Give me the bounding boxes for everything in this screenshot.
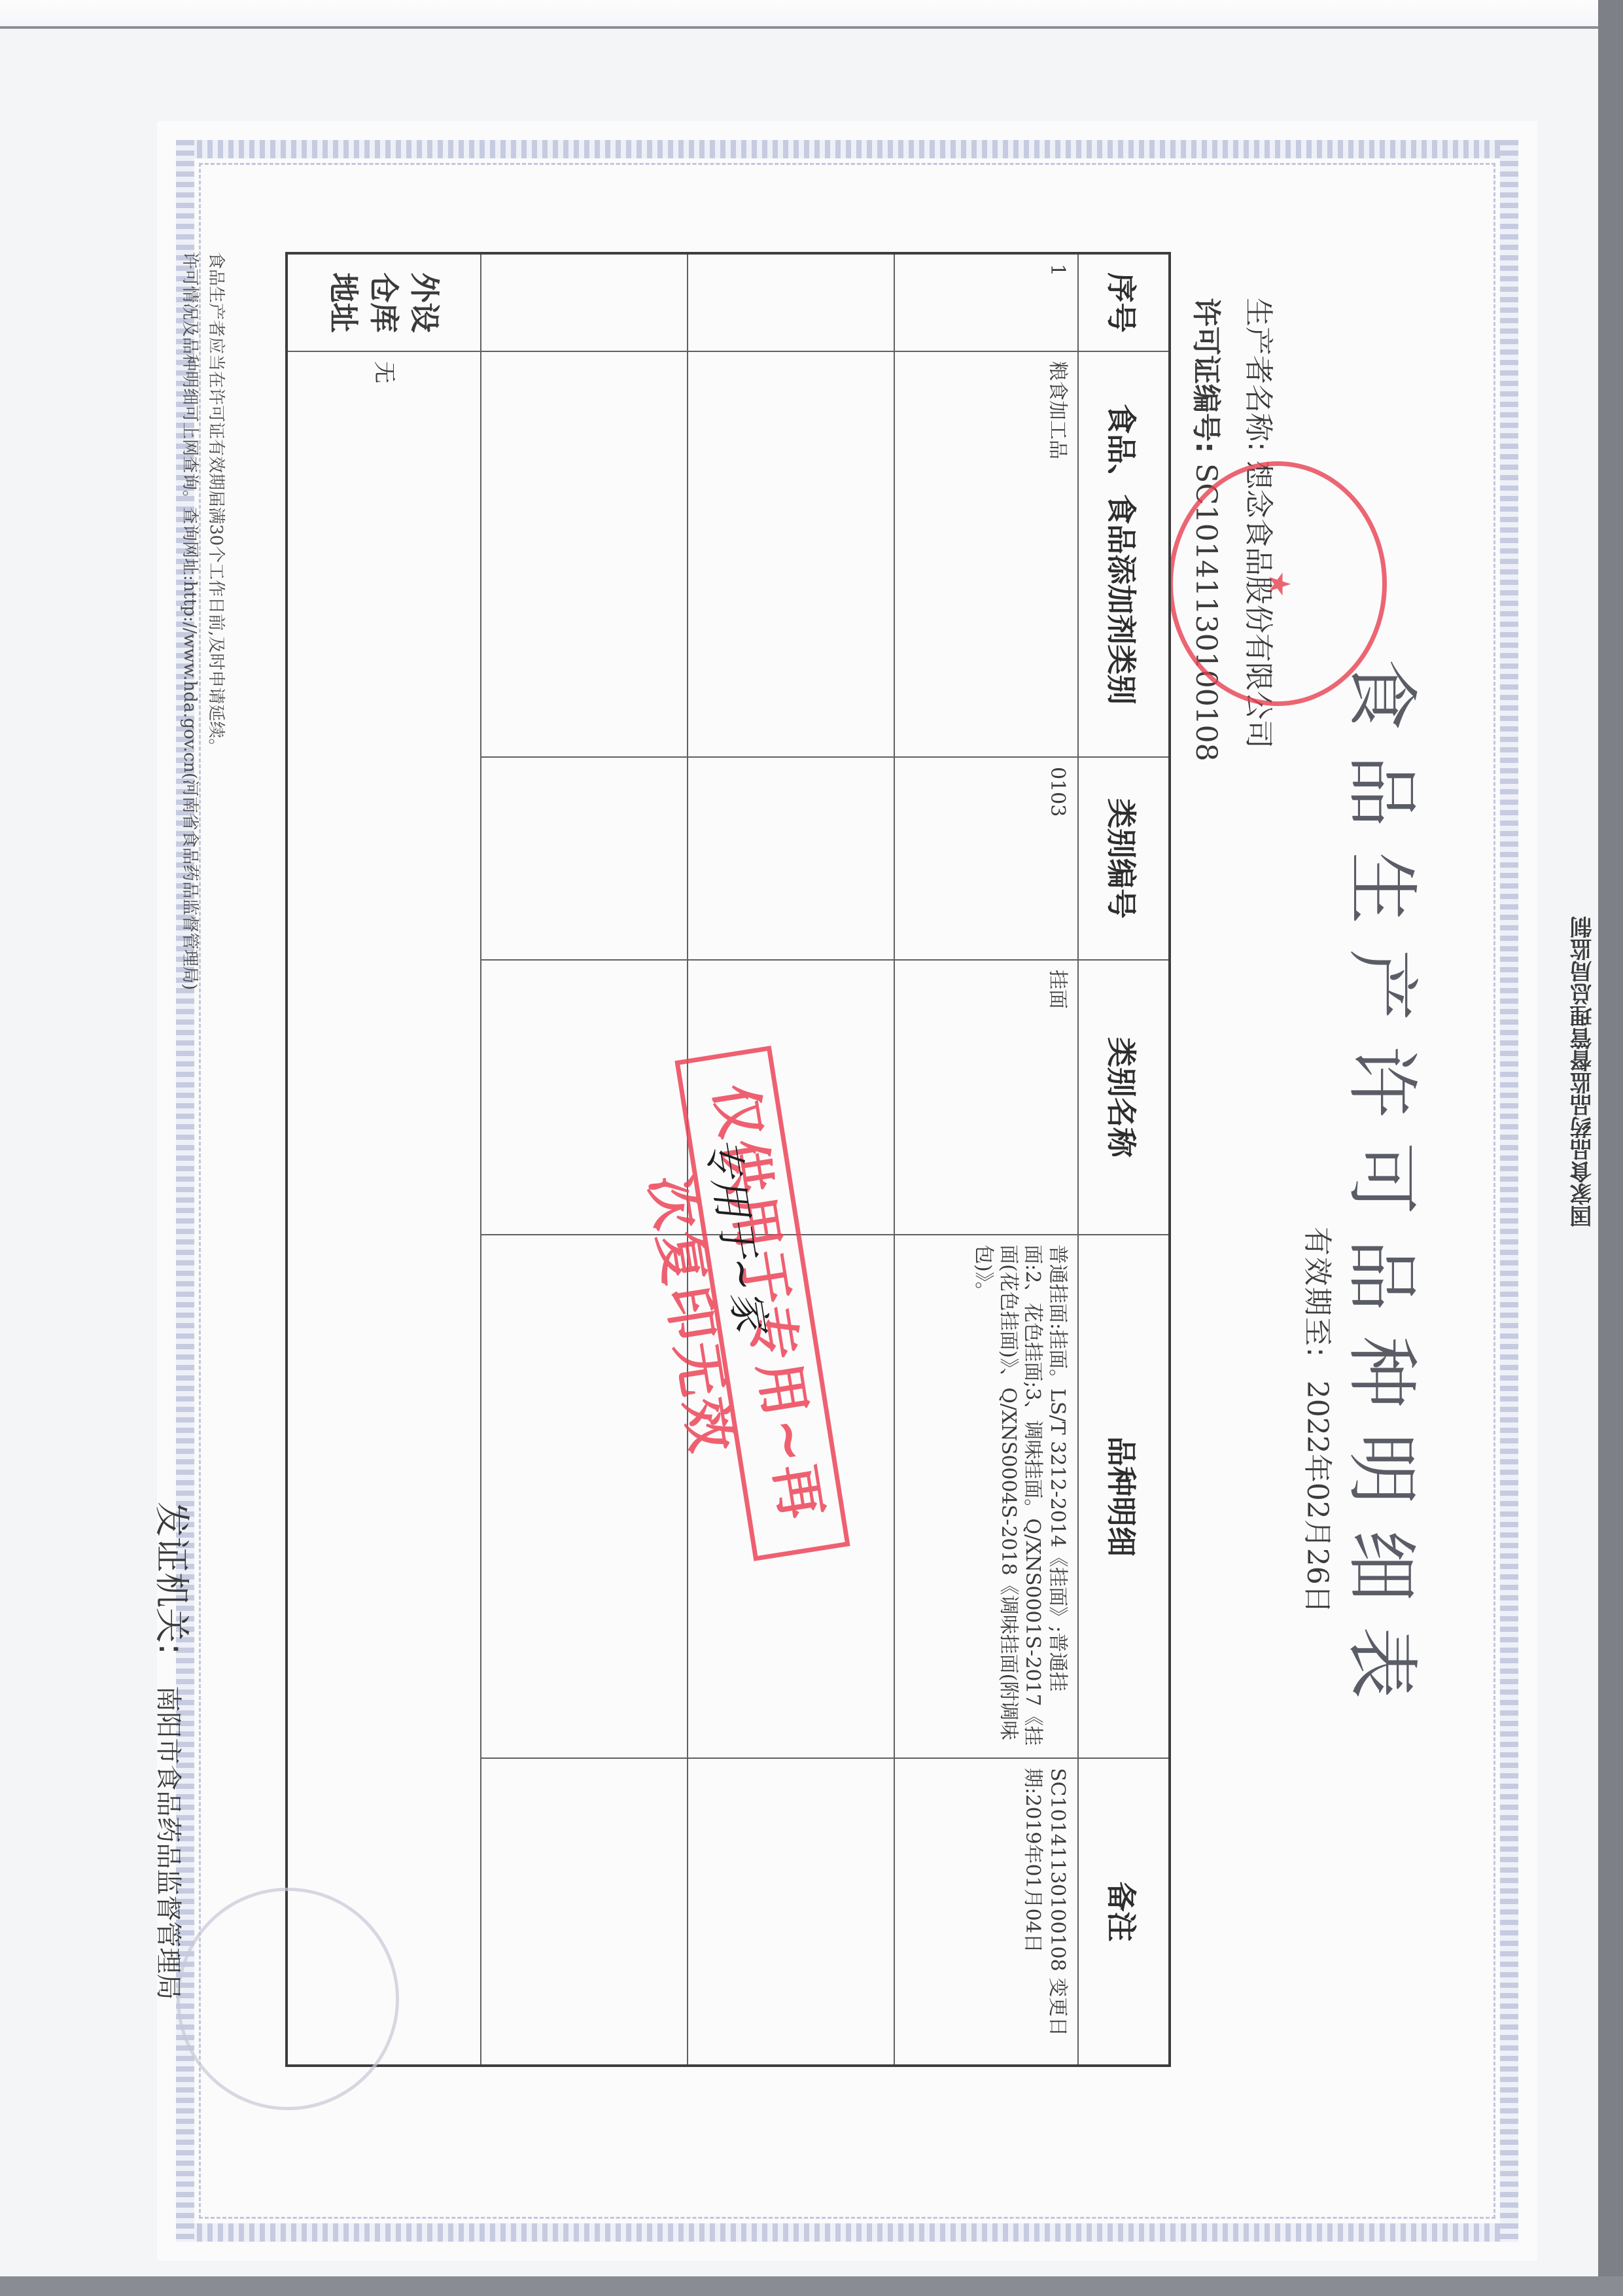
license-document: 食品生产许可品种明细表 有效期至: 2022年02月26日 生产者名称: 想念食… xyxy=(157,121,1537,2261)
cell-seq xyxy=(481,253,688,351)
footnote: 食品生产者应当在许可证有效期届满30个工作日前,及时申请延续。 许可情况及品种明… xyxy=(177,252,229,990)
scan-right-edge xyxy=(1598,0,1623,2296)
producer-label: 生产者名称: xyxy=(1242,298,1275,451)
footnote-line-2: 许可情况及品种明细可上网查询。查询网址:http://www.hda.gov.c… xyxy=(177,252,203,990)
cell-category xyxy=(481,351,688,757)
cell-category-code xyxy=(688,757,894,960)
cell-remarks xyxy=(481,1758,688,2066)
header-remarks: 备注 xyxy=(1078,1758,1170,2066)
warehouse-label: 外设仓库地址 xyxy=(287,253,481,351)
issuer-line: 发证机关: 南阳市食品药品监督管理局 xyxy=(149,1502,200,2000)
table-row: 1 粮食加工品 0103 挂面 普通挂面:挂面。LS/T 3212-2014《挂… xyxy=(894,253,1078,2066)
cell-remarks: SC10141130100108 变更日期:2019年01月04日 xyxy=(894,1758,1078,2066)
warehouse-row: 外设仓库地址 无 xyxy=(287,253,481,2066)
cell-seq: 1 xyxy=(894,253,1078,351)
header-category-name: 类别名称 xyxy=(1078,960,1170,1235)
issuer-seal xyxy=(177,1888,399,2110)
cell-category-code: 0103 xyxy=(894,757,1078,960)
header-seq: 序号 xyxy=(1078,253,1170,351)
cell-category: 粮食加工品 xyxy=(894,351,1078,757)
table-row xyxy=(481,253,688,2066)
table-header-row: 序号 食品、食品添加剂类别 类别编号 类别名称 品种明细 备注 xyxy=(1078,253,1170,2066)
cell-remarks xyxy=(688,1758,894,2066)
footnote-line-1: 食品生产者应当在许可证有效期届满30个工作日前,及时申请延续。 xyxy=(203,252,229,990)
cell-variety-details: 普通挂面:挂面。LS/T 3212-2014《挂面》;普通挂面:2、花色挂面;3… xyxy=(894,1235,1078,1758)
cell-category-code xyxy=(481,757,688,960)
license-label: 许可证编号: xyxy=(1189,298,1223,453)
cell-category xyxy=(688,351,894,757)
cell-seq xyxy=(688,253,894,351)
header-category: 食品、食品添加剂类别 xyxy=(1078,351,1170,757)
header-category-code: 类别编号 xyxy=(1078,757,1170,960)
validity-line: 有效期至: 2022年02月26日 xyxy=(1299,1227,1341,1614)
cell-category-name: 挂面 xyxy=(894,960,1078,1235)
scan-top-edge xyxy=(0,0,1623,29)
scan-bottom-edge xyxy=(0,2276,1623,2296)
warehouse-value: 无 xyxy=(287,351,481,2066)
seal-star-icon: ★ xyxy=(1262,571,1297,597)
validity-label: 有效期至: xyxy=(1300,1227,1334,1358)
validity-date: 2022年02月26日 xyxy=(1300,1381,1334,1614)
bottom-print-mark: 国家食品药品监督管理总局监制 xyxy=(1567,916,1599,1227)
issuer-name: 南阳市食品药品监督管理局 xyxy=(153,1686,183,2000)
header-variety-details: 品种明细 xyxy=(1078,1235,1170,1758)
company-red-seal: ★ xyxy=(1168,461,1387,706)
issuer-label: 发证机关: xyxy=(151,1502,192,1655)
document-title: 食品生产许可品种明细表 xyxy=(1336,121,1439,2261)
